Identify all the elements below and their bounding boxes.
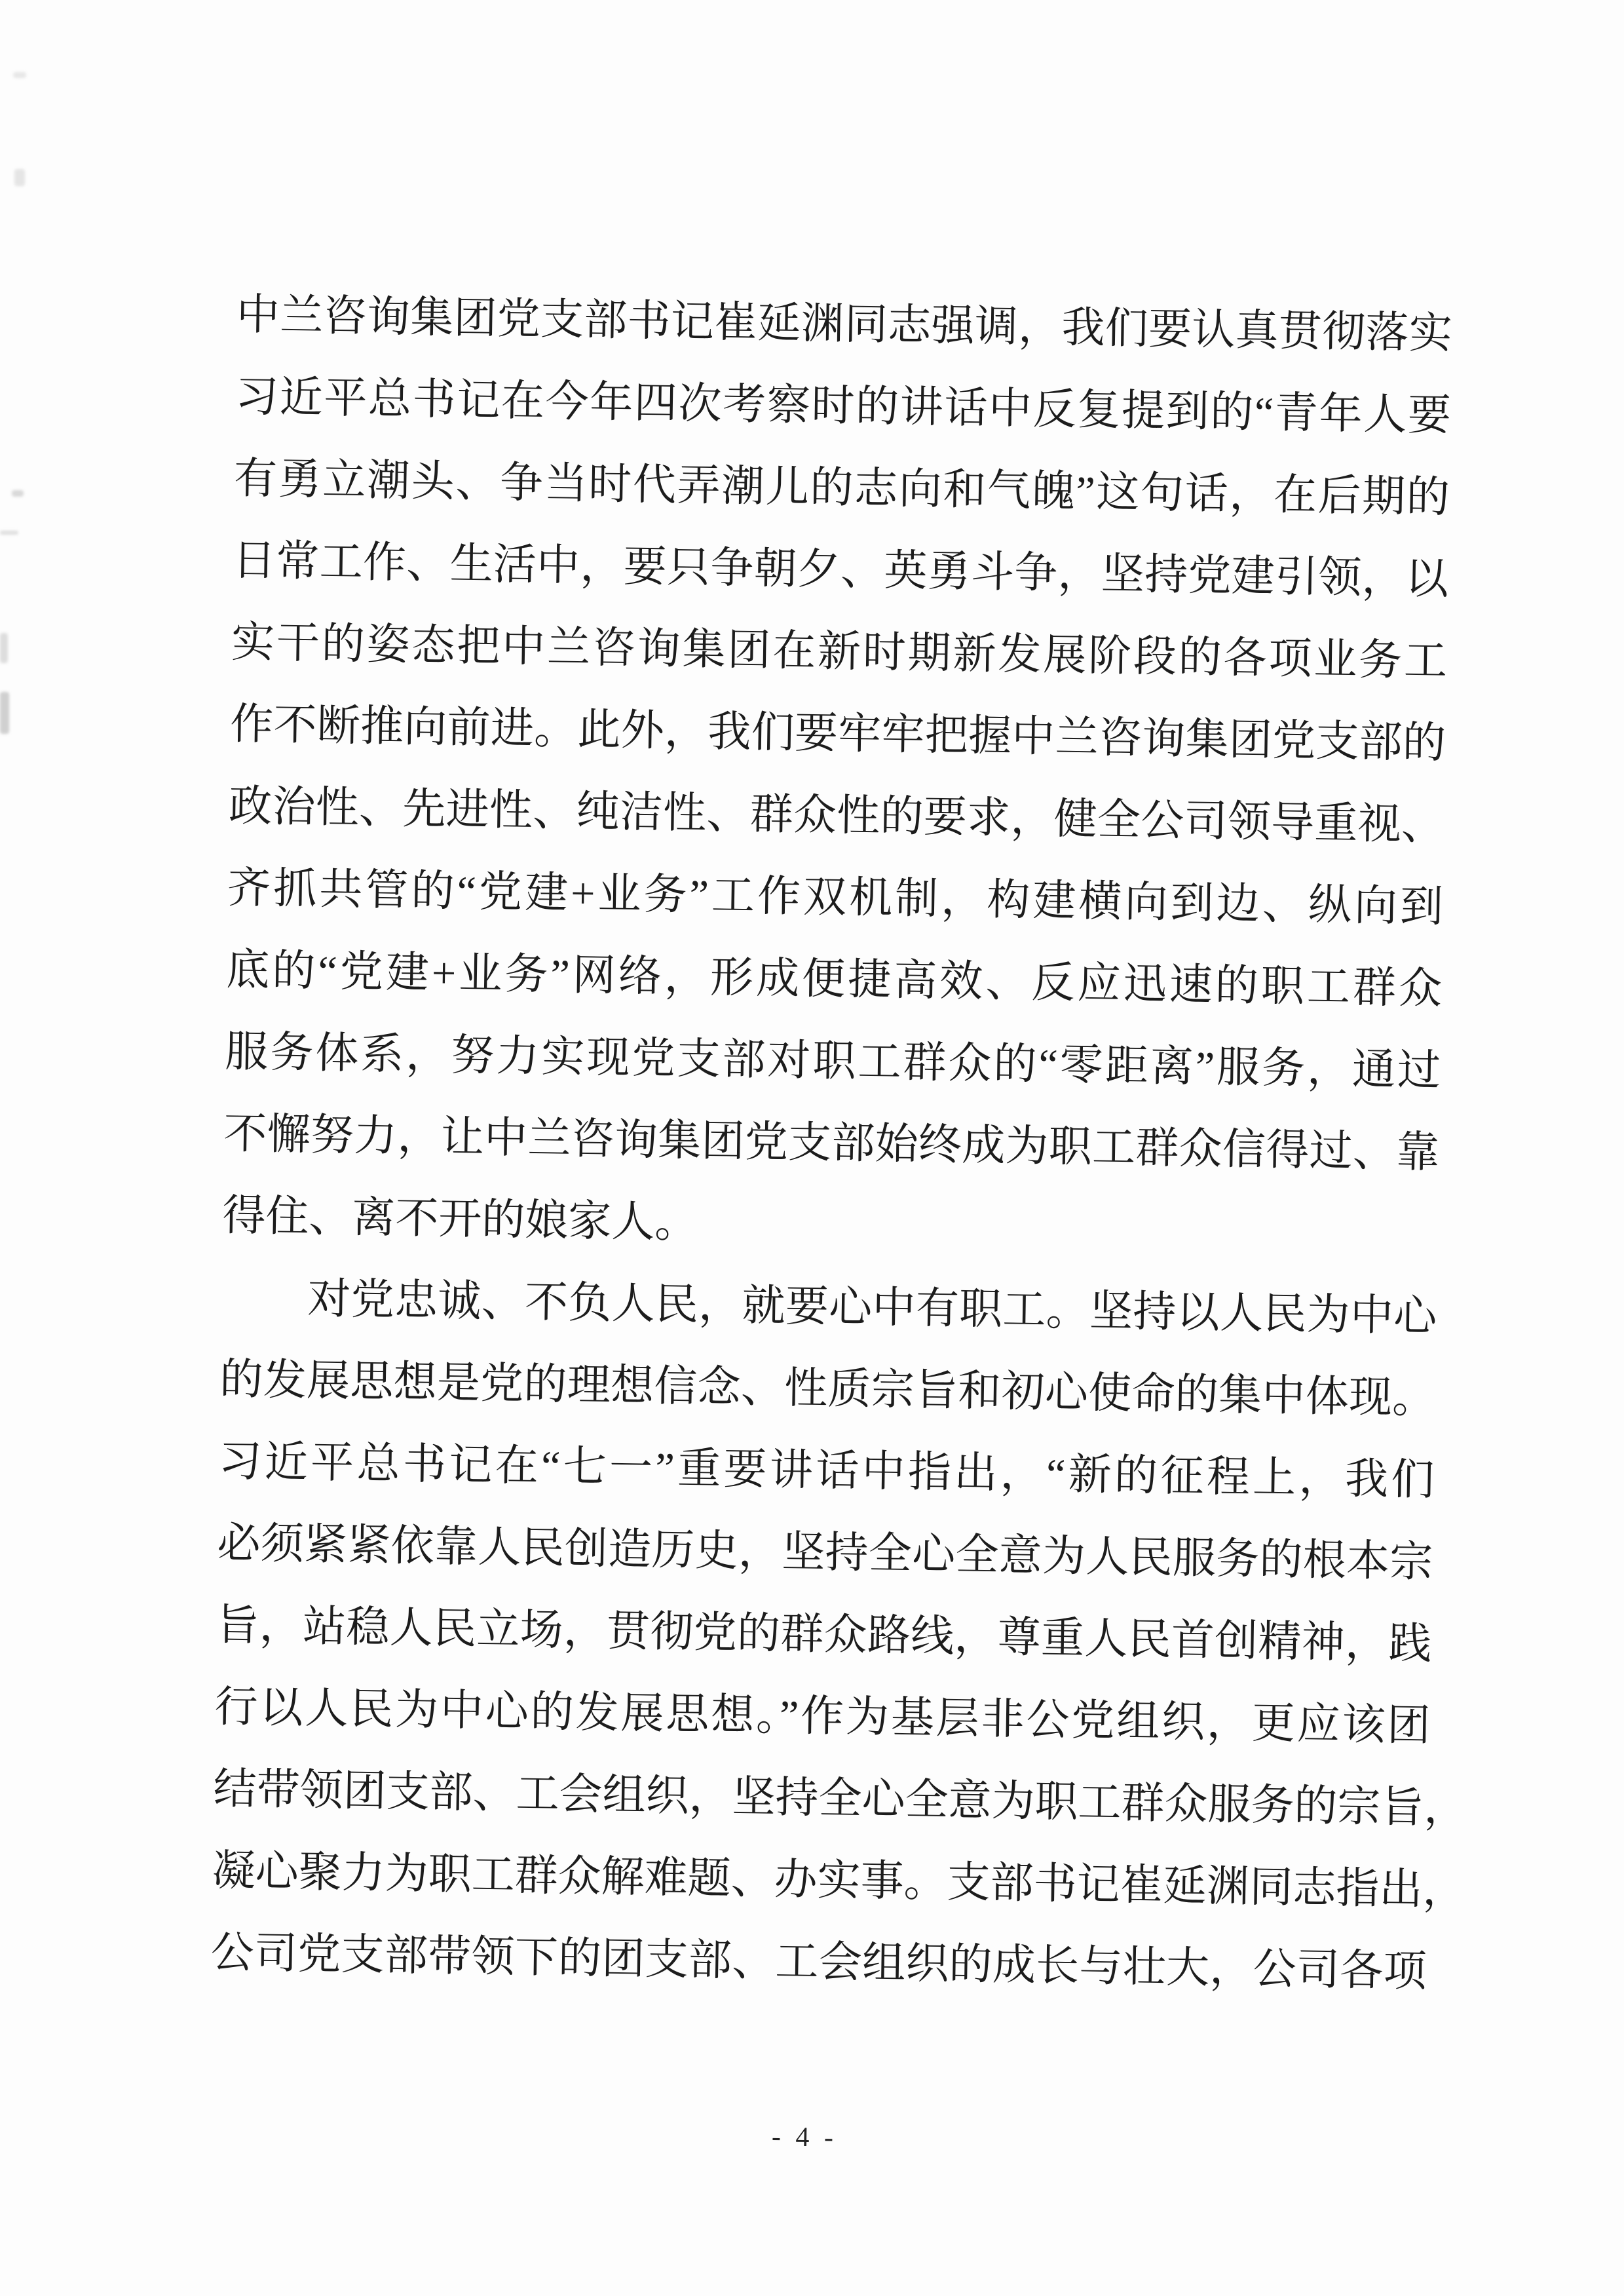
- document-page: 中兰咨询集团党支部书记崔延渊同志强调，我们要认真贯彻落实习近平总书记在今年四次考…: [0, 0, 1624, 2296]
- page-number: - 4 -: [746, 2121, 864, 2154]
- scan-smudge: [13, 72, 26, 78]
- scan-smudge: [12, 490, 24, 497]
- scan-smudge: [0, 633, 8, 663]
- body-text: 中兰咨询集团党支部书记崔延渊同志强调，我们要认真贯彻落实习近平总书记在今年四次考…: [210, 274, 1453, 2013]
- scan-smudge: [0, 692, 9, 734]
- scan-smudge: [0, 531, 18, 535]
- scan-smudge: [14, 169, 25, 186]
